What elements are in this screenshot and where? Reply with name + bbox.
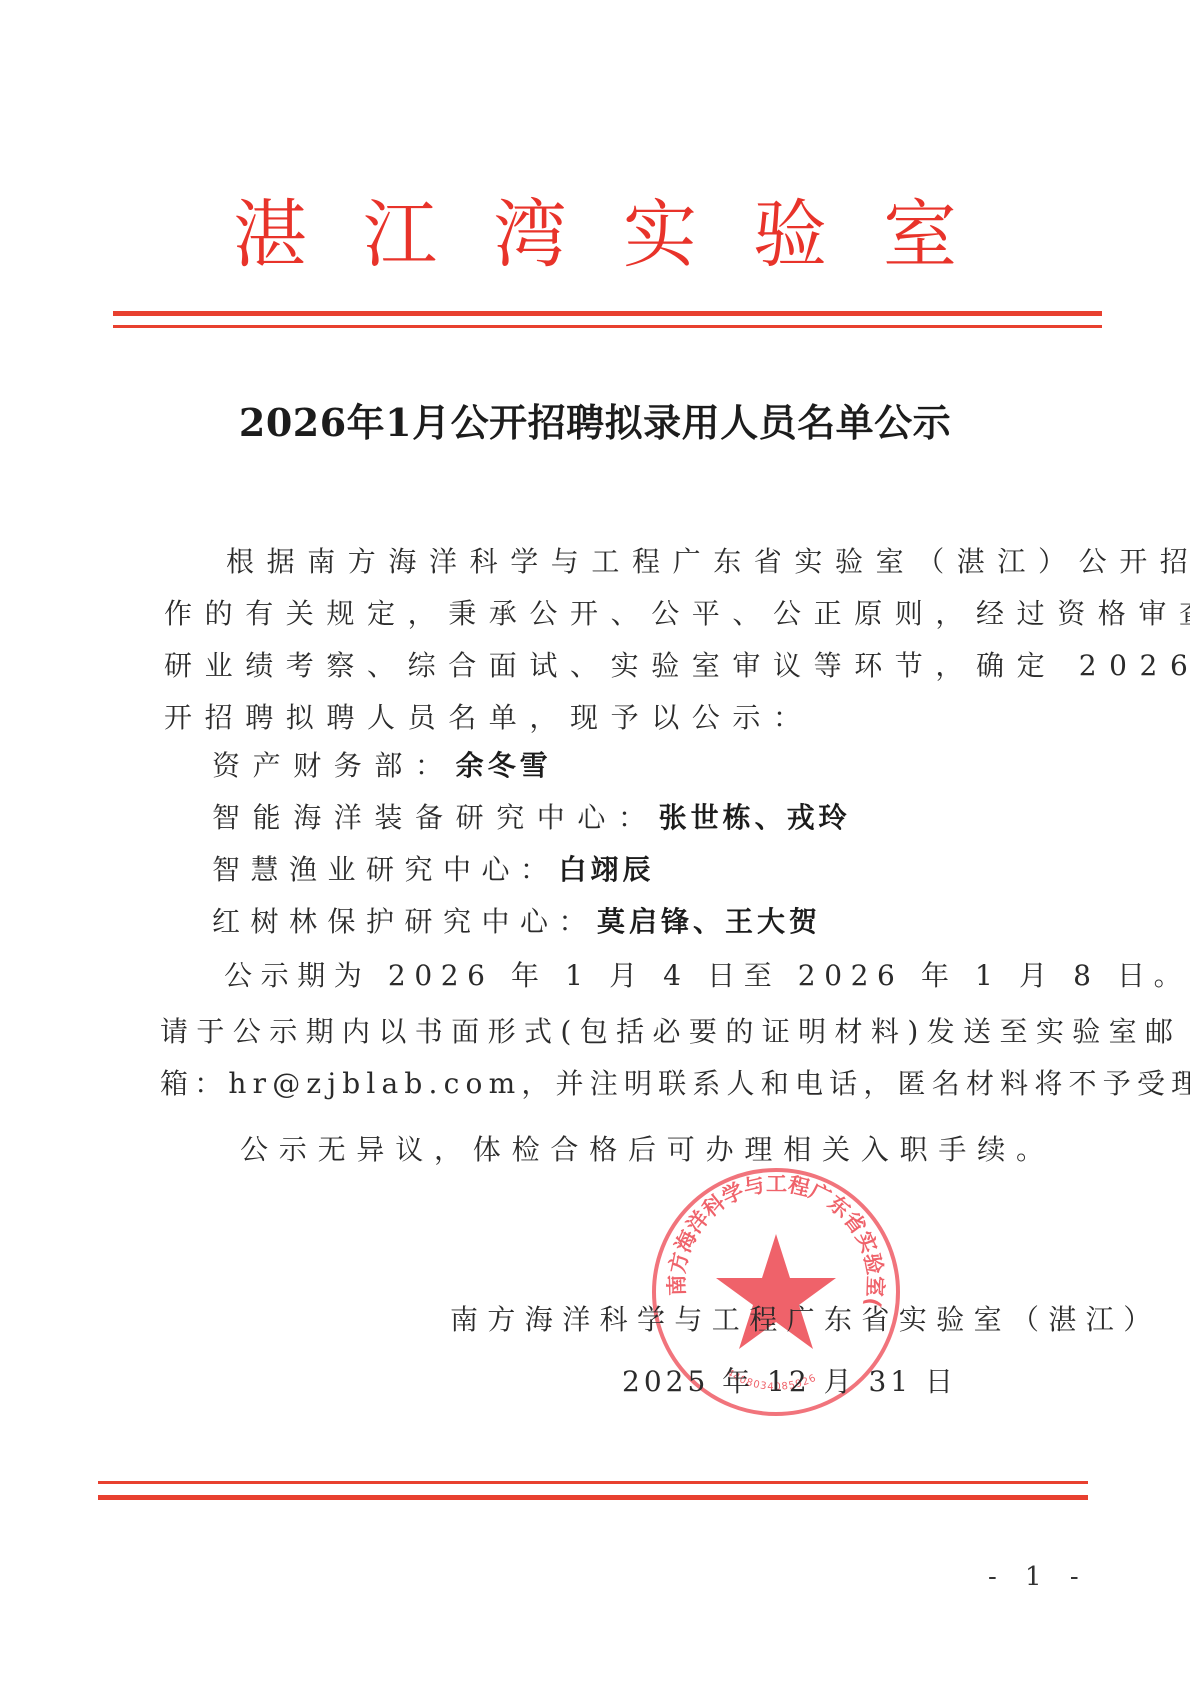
department-label: 智慧渔业研究中心： (212, 853, 559, 886)
signature-date: 2025 年 12 月 31 日 (622, 1362, 957, 1402)
footer-rule-thick (98, 1495, 1088, 1500)
department-label: 红树林保护研究中心： (212, 905, 597, 938)
appointee-row-finance: 资产财务部：余冬雪 (212, 746, 552, 786)
appointee-names: 余冬雪 (456, 749, 552, 782)
appointee-names: 白翊辰 (559, 853, 655, 886)
intro-line-1: 根据南方海洋科学与工程广东省实验室（湛江）公开招聘工 (226, 542, 1190, 582)
appointee-names: 莫启锋、王大贺 (597, 905, 821, 938)
department-label: 资产财务部： (212, 749, 456, 782)
department-label: 智能海洋装备研究中心： (212, 801, 659, 834)
intro-line-4: 开招聘拟聘人员名单，现予以公示： (164, 698, 814, 738)
appointee-row-ocean-equipment: 智能海洋装备研究中心：张世栋、戎玲 (212, 798, 851, 838)
document-title: 2026年1月公开招聘拟录用人员名单公示 (0, 398, 1190, 448)
notice-line-2: 请于公示期内以书面形式(包括必要的证明材料)发送至实验室邮 (160, 1012, 1181, 1052)
masthead-title: 湛江湾实验室 (0, 190, 1190, 280)
footer-rule-thin (98, 1481, 1088, 1484)
signature-organization: 南方海洋科学与工程广东省实验室（湛江） (450, 1300, 1161, 1340)
appointee-names: 张世栋、戎玲 (659, 801, 851, 834)
notice-line-3: 箱：hr@zjblab.com，并注明联系人和电话，匿名材料将不予受理。 (160, 1064, 1190, 1104)
intro-line-2: 作的有关规定，秉承公开、公平、公正原则，经过资格审查、科 (164, 594, 1190, 634)
appointee-row-mangrove: 红树林保护研究中心：莫启锋、王大贺 (212, 902, 821, 942)
closing-line: 公示无异议，体检合格后可办理相关入职手续。 (240, 1130, 1055, 1170)
masthead-rule-thick (113, 311, 1102, 316)
appointee-row-smart-fishery: 智慧渔业研究中心：白翊辰 (212, 850, 655, 890)
page-number: - 1 - (988, 1560, 1089, 1594)
intro-line-3: 研业绩考察、综合面试、实验室审议等环节，确定 2026 年 1 月公 (164, 646, 1190, 686)
notice-line-1: 公示期为 2026 年 1 月 4 日至 2026 年 1 月 8 日。如有异议… (224, 956, 1190, 996)
masthead-rule-thin (113, 325, 1102, 328)
